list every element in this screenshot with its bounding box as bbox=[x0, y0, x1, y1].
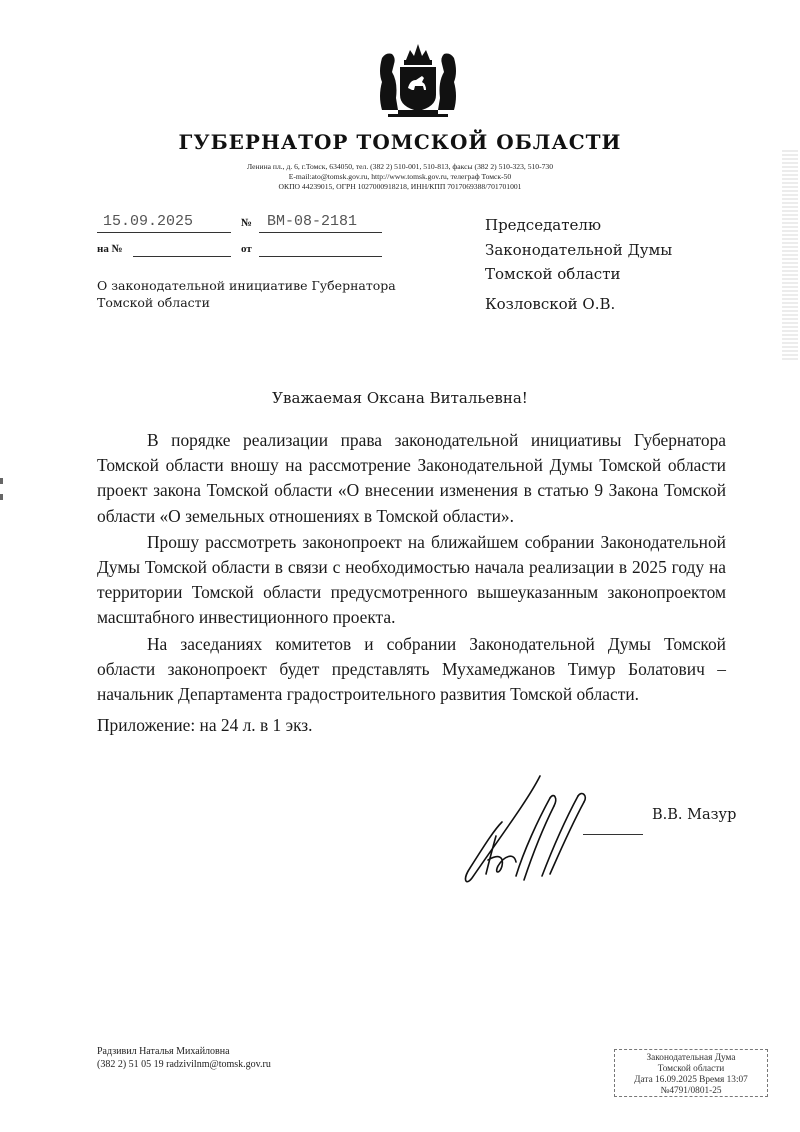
org-title: ГУБЕРНАТОР ТОМСКОЙ ОБЛАСТИ bbox=[0, 130, 800, 154]
scan-mark bbox=[0, 494, 3, 500]
contacts-address: Ленина пл., д. 6, г.Томск, 634050, тел. … bbox=[0, 162, 800, 172]
executor-name: Радзивил Наталья Михайловна bbox=[97, 1045, 271, 1058]
reference-date-field bbox=[259, 256, 382, 257]
signer-name: В.В. Мазур bbox=[652, 807, 736, 823]
body-paragraph: В порядке реализации права законодательн… bbox=[97, 428, 726, 529]
scan-mark bbox=[0, 478, 3, 484]
outgoing-number: ВМ-08-2181 bbox=[259, 213, 382, 233]
outgoing-date: 15.09.2025 bbox=[97, 213, 231, 233]
attachment-note: Приложение: на 24 л. в 1 экз. bbox=[97, 715, 313, 736]
handwritten-signature bbox=[458, 770, 598, 890]
addressee-line: Законодательной Думы bbox=[485, 238, 672, 263]
stamp-line: Дата 16.09.2025 Время 13:07 bbox=[615, 1075, 767, 1086]
letter-body: В порядке реализации права законодательн… bbox=[97, 428, 726, 707]
stamp-line: Законодательная Дума bbox=[615, 1053, 767, 1064]
reference-number-label: на № bbox=[97, 243, 123, 255]
incoming-registration-stamp: Законодательная Дума Томской области Дат… bbox=[614, 1049, 768, 1097]
org-contacts: Ленина пл., д. 6, г.Томск, 634050, тел. … bbox=[0, 162, 800, 192]
stamp-line: Томской области bbox=[615, 1064, 767, 1075]
executor-contact: (382 2) 51 05 19 radzivilnm@tomsk.gov.ru bbox=[97, 1058, 271, 1071]
signature-line bbox=[583, 834, 643, 835]
contacts-codes: ОКПО 44239015, ОГРН 1027000918218, ИНН/К… bbox=[0, 182, 800, 192]
addressee-line: Томской области bbox=[485, 262, 672, 287]
letter-subject: О законодательной инициативе Губернатора… bbox=[97, 277, 407, 311]
reference-date-label: от bbox=[241, 243, 252, 255]
addressee-name: Козловской О.В. bbox=[485, 292, 672, 317]
executor-block: Радзивил Наталья Михайловна (382 2) 51 0… bbox=[97, 1045, 271, 1071]
contacts-web: E-mail:ato@tomsk.gov.ru, http://www.toms… bbox=[0, 172, 800, 182]
stamp-line: №4791/0801-25 bbox=[615, 1086, 767, 1097]
reference-number-field bbox=[133, 256, 231, 257]
body-paragraph: На заседаниях комитетов и собрании Закон… bbox=[97, 632, 726, 708]
addressee-block: Председателю Законодательной Думы Томско… bbox=[485, 213, 672, 316]
addressee-line: Председателю bbox=[485, 213, 672, 238]
coat-of-arms-emblem bbox=[376, 40, 460, 120]
body-paragraph: Прошу рассмотреть законопроект на ближай… bbox=[97, 530, 726, 631]
scan-noise bbox=[782, 150, 798, 360]
outgoing-number-label: № bbox=[241, 217, 252, 229]
salutation: Уважаемая Оксана Витальевна! bbox=[0, 389, 800, 407]
